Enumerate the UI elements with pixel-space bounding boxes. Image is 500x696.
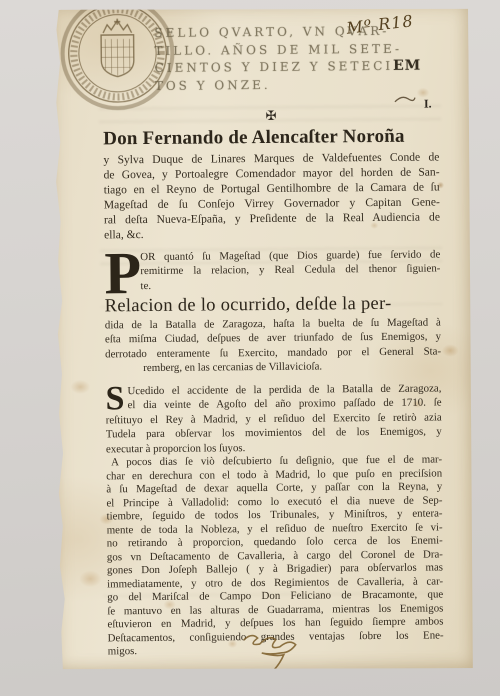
sucedido-paragraph: S Ucedido el accidente de la perdida de …	[105, 381, 442, 456]
relacion-heading: Relacion de lo ocurrido, deſde la per-	[105, 291, 441, 318]
drop-cap-initial: S	[105, 384, 127, 411]
rubric-flourish-mark	[235, 624, 310, 683]
text-line: remberg, en las cercanias de Villavicioſ…	[143, 359, 441, 376]
document-title: Don Fernando de Alencaſter Noroña	[103, 123, 439, 152]
document-page: SELLO QVARTO, VN QVAR- TILLO. AÑOS DE MI…	[52, 6, 474, 672]
preamble-paragraph: P OR quantó ſu Mageſtad (que Dios guarde…	[104, 247, 440, 294]
text-line: ella, &c.	[104, 225, 440, 243]
text-line: Tudela para obſervar los movimientos del…	[106, 425, 442, 442]
drop-cap-initial: P	[104, 250, 140, 292]
title-paragraph: y Sylva Duque de Linares Marques de Vald…	[103, 149, 440, 242]
printed-text-block: ✠ Don Fernando de Alencaſter Noroña y Sy…	[52, 6, 474, 672]
text-line: remitirme la relacion, y Real Cedula del…	[104, 262, 440, 280]
photo-background: { "colors": { "paper": "#e9e0ca", "ink":…	[0, 0, 500, 696]
maltese-cross-icon: ✠	[103, 106, 439, 124]
relacion-paragraph: dida de la Batalla de Zaragoza, haſta la…	[105, 315, 441, 376]
